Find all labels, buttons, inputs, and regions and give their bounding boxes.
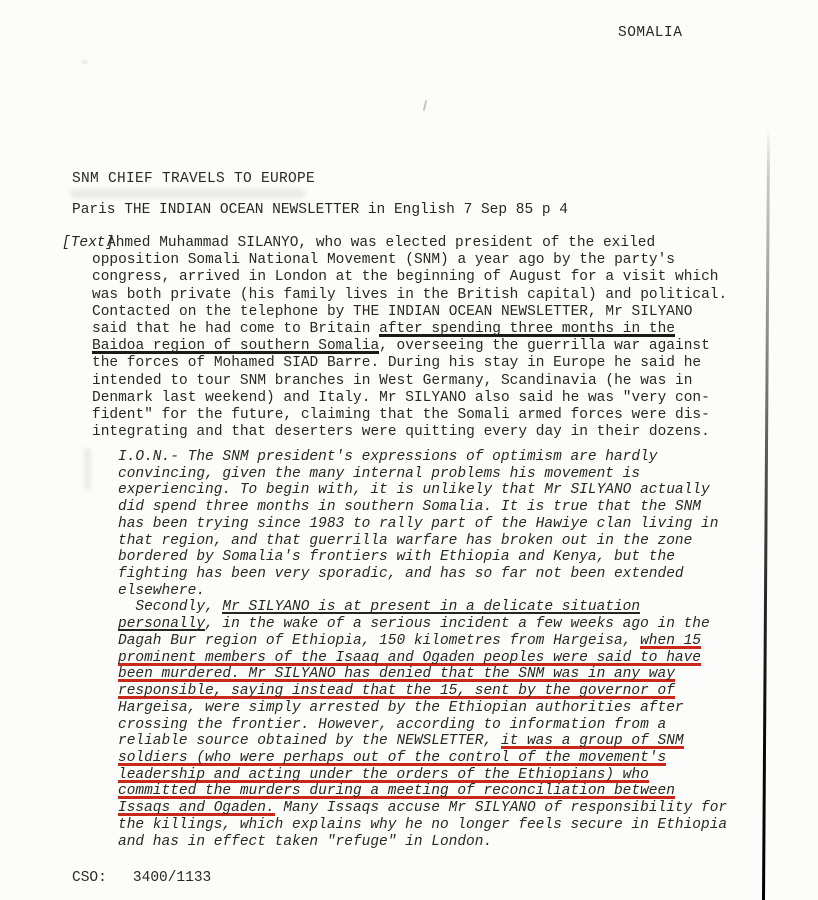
underlined-text-red: when 15	[640, 633, 701, 649]
underlined-text-blackheavy: Baidoa region of southern Somalia	[92, 338, 379, 354]
text-line: said that he had come to Britain after s…	[92, 321, 727, 338]
text-line: Ahmed Muhammad SILANYO, who was elected …	[92, 235, 727, 252]
text-segment: did spend three months in southern Somal…	[118, 499, 701, 515]
text-line: Contacted on the telephone by THE INDIAN…	[92, 304, 727, 321]
text-line: has been trying since 1983 to rally part…	[118, 516, 727, 533]
editorial-paragraph-1: I.O.N.- The SNM president's expressions …	[118, 449, 727, 599]
text-line: the forces of Mohamed SIAD Barre. During…	[92, 355, 727, 372]
text-line: that region, and that guerrilla warfare …	[118, 533, 727, 550]
text-line: fident" for the future, claiming that th…	[92, 407, 727, 424]
text-line: integrating and that deserters were quit…	[92, 424, 727, 441]
text-segment: bordered by Somalia's frontiers with Eth…	[118, 549, 675, 565]
text-segment: reliable source obtained by the NEWSLETT…	[118, 733, 501, 749]
editorial-paragraph-2: Secondly, Mr SILYANO is at present in a …	[118, 599, 727, 850]
text-line: I.O.N.- The SNM president's expressions …	[118, 449, 727, 466]
text-segment: Secondly,	[118, 599, 222, 615]
underlined-text-black: personally	[118, 616, 205, 632]
text-segment: said that he had come to Britain	[92, 321, 379, 337]
source-citation-line: Paris THE INDIAN OCEAN NEWSLETTER in Eng…	[72, 202, 568, 218]
text-line: experiencing. To begin with, it is unlik…	[118, 482, 727, 499]
text-segment: integrating and that deserters were quit…	[92, 424, 710, 440]
text-segment: Denmark last weekend) and Italy. Mr SILY…	[92, 390, 710, 406]
article-headline: SNM CHIEF TRAVELS TO EUROPE	[72, 171, 315, 187]
text-segment: experiencing. To begin with, it is unlik…	[118, 482, 710, 498]
underlined-text-red: soldiers (who were perhaps out of the co…	[118, 750, 666, 766]
text-line: elsewhere.	[118, 583, 727, 600]
text-line: leadership and acting under the orders o…	[118, 767, 727, 784]
classification-label: SOMALIA	[618, 25, 682, 41]
underlined-text-red: it was a group of SNM	[501, 733, 684, 749]
text-line: crossing the frontier. However, accordin…	[118, 717, 727, 734]
editorial-comment-block: I.O.N.- The SNM president's expressions …	[118, 449, 727, 850]
text-segment: fident" for the future, claiming that th…	[92, 407, 710, 423]
text-line: Hargeisa, were simply arrested by the Et…	[118, 700, 727, 717]
text-line: personally, in the wake of a serious inc…	[118, 616, 727, 633]
text-line: congress, arrived in London at the begin…	[92, 269, 727, 286]
text-segment: the forces of Mohamed SIAD Barre. During…	[92, 355, 701, 371]
text-segment: Hargeisa, were simply arrested by the Et…	[118, 700, 684, 716]
text-segment: Dagah Bur region of Ethiopia, 150 kilome…	[118, 633, 640, 649]
text-line: Baidoa region of southern Somalia, overs…	[92, 338, 727, 355]
text-segment: that region, and that guerrilla warfare …	[118, 533, 692, 549]
text-line: the killings, which explains why he no l…	[118, 817, 727, 834]
text-segment: Contacted on the telephone by THE INDIAN…	[92, 304, 692, 320]
text-line: reliable source obtained by the NEWSLETT…	[118, 733, 727, 750]
text-line: committed the murders during a meeting o…	[118, 783, 727, 800]
text-segment: was both private (his family lives in th…	[92, 287, 727, 303]
text-segment: intended to tour SNM branches in West Ge…	[92, 373, 692, 389]
text-segment: opposition Somali National Movement (SNM…	[92, 252, 675, 268]
text-line: soldiers (who were perhaps out of the co…	[118, 750, 727, 767]
text-segment: Ahmed Muhammad SILANYO, who was elected …	[107, 235, 655, 251]
text-segment: crossing the frontier. However, accordin…	[118, 717, 666, 733]
cso-reference-line: CSO: 3400/1133	[72, 870, 211, 886]
scan-smudge	[84, 448, 91, 490]
text-line: convincing, given the many internal prob…	[118, 466, 727, 483]
text-line: opposition Somali National Movement (SNM…	[92, 252, 727, 269]
underlined-text-black: Mr SILYANO is at present in a delicate s…	[222, 599, 640, 615]
underlined-text-red: committed the murders during a meeting o…	[118, 783, 675, 799]
underlined-text-blackheavy: after spending three months in the	[379, 321, 675, 337]
text-line: bordered by Somalia's frontiers with Eth…	[118, 549, 727, 566]
text-segment: , overseeing the guerrilla war against	[379, 338, 710, 354]
text-line: prominent members of the Isaaq and Ogade…	[118, 650, 727, 667]
underlined-text-red: been murdered. Mr SILYANO has denied tha…	[118, 666, 675, 682]
text-line: did spend three months in southern Somal…	[118, 499, 727, 516]
text-segment: I.O.N.- The SNM president's expressions …	[118, 449, 658, 465]
text-line: fighting has been very sporadic, and has…	[118, 566, 727, 583]
scan-artifact-line	[762, 128, 770, 900]
text-line: Issaqs and Ogaden. Many Issaqs accuse Mr…	[118, 800, 727, 817]
text-segment: the killings, which explains why he no l…	[118, 817, 727, 833]
text-segment: and has in effect taken "refuge" in Lond…	[118, 834, 492, 850]
text-segment: congress, arrived in London at the begin…	[92, 269, 719, 285]
text-line: responsible, saying instead that the 15,…	[118, 683, 727, 700]
text-segment: fighting has been very sporadic, and has…	[118, 566, 684, 582]
body-paragraph-main: Ahmed Muhammad SILANYO, who was elected …	[92, 235, 727, 441]
text-segment: , in the wake of a serious incident a fe…	[205, 616, 710, 632]
underlined-text-red: responsible, saying instead that the 15,…	[118, 683, 675, 699]
scan-smudge	[423, 100, 428, 111]
text-line: Denmark last weekend) and Italy. Mr SILY…	[92, 390, 727, 407]
text-line: and has in effect taken "refuge" in Lond…	[118, 834, 727, 851]
underlined-text-red: Issaqs and Ogaden.	[118, 800, 275, 816]
document-scan-page: SOMALIA SNM CHIEF TRAVELS TO EUROPE Pari…	[0, 0, 818, 900]
scan-smudge	[82, 60, 87, 64]
text-segment: elsewhere.	[118, 583, 205, 599]
scan-smudge	[70, 189, 305, 198]
text-line: was both private (his family lives in th…	[92, 287, 727, 304]
text-line: Dagah Bur region of Ethiopia, 150 kilome…	[118, 633, 727, 650]
underlined-text-red: leadership and acting under the orders o…	[118, 767, 649, 783]
text-line: Secondly, Mr SILYANO is at present in a …	[118, 599, 727, 616]
underlined-text-red: prominent members of the Isaaq and Ogade…	[118, 650, 701, 666]
text-line: intended to tour SNM branches in West Ge…	[92, 373, 727, 390]
text-segment: has been trying since 1983 to rally part…	[118, 516, 718, 532]
text-line: been murdered. Mr SILYANO has denied tha…	[118, 666, 727, 683]
text-segment: Many Issaqs accuse Mr SILYANO of respons…	[275, 800, 727, 816]
text-segment: convincing, given the many internal prob…	[118, 466, 640, 482]
